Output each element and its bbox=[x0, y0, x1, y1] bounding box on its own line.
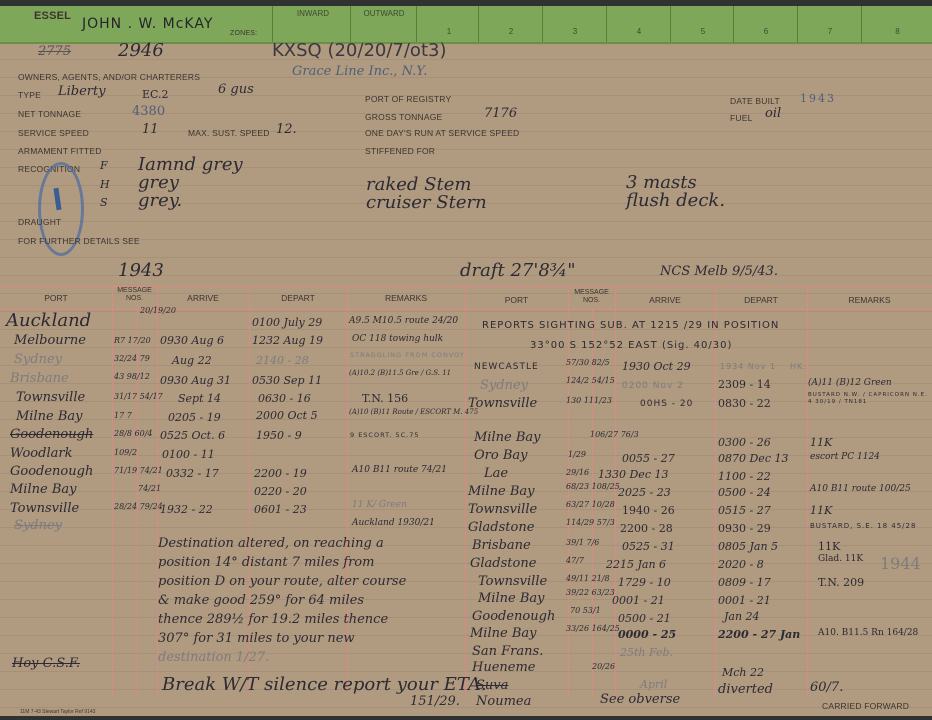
sub-report-line-2: 33°00 S 152°52 EAST (Sig. 40/30) bbox=[530, 340, 732, 351]
row-msg: R7 17/20 bbox=[114, 336, 151, 345]
row-arrive: 1330 Dec 13 bbox=[598, 468, 668, 481]
row-msg: 20/26 bbox=[592, 662, 615, 671]
owners-value: Grace Line Inc., N.Y. bbox=[292, 64, 427, 79]
gross-tonnage-label: GROSS TONNAGE bbox=[365, 112, 442, 122]
row-arrive: 0205 - 19 bbox=[168, 411, 221, 424]
zones-label: ZONES: bbox=[230, 30, 257, 37]
row-port: Suva bbox=[476, 678, 508, 693]
row-depart: 0930 - 29 bbox=[718, 522, 771, 535]
net-tonnage-value: 4380 bbox=[132, 104, 165, 119]
col-depart-left: DEPART bbox=[249, 293, 347, 303]
row-remarks: 11K bbox=[818, 540, 840, 553]
row-remarks: A9.5 M10.5 route 24/20 bbox=[349, 316, 458, 326]
row-depart: 2200 - 27 Jan bbox=[718, 628, 800, 641]
vessel-label: ESSEL bbox=[34, 10, 71, 22]
row-arrive: 25th Feb. bbox=[620, 646, 673, 659]
row-remarks: Glad. 11K bbox=[818, 554, 863, 564]
row-port: Auckland bbox=[6, 310, 91, 331]
row-msg: 49/11 21/8 bbox=[566, 574, 610, 583]
row-port: Townsville bbox=[478, 574, 547, 589]
row-remarks: STRAGGLING FROM CONVOY bbox=[350, 351, 465, 359]
row-msg: 39/22 63/23 bbox=[566, 588, 615, 597]
row-arrive: 1932 - 22 bbox=[160, 503, 213, 516]
row-arrive: 2025 - 23 bbox=[618, 486, 671, 499]
row-depart: 2020 - 8 bbox=[718, 558, 764, 571]
type-label: TYPE bbox=[18, 90, 41, 100]
col-divider bbox=[112, 286, 113, 696]
row-remarks: 11K bbox=[810, 436, 832, 449]
row-msg: 20/19/20 bbox=[140, 306, 176, 315]
row-msg: 106/27 76/3 bbox=[590, 430, 639, 439]
row-port: Woodlark bbox=[10, 446, 72, 461]
vessel-number: 2946 bbox=[118, 40, 164, 61]
row-remarks: escort PC 1124 bbox=[810, 452, 880, 462]
row-remarks: 60/7. bbox=[810, 680, 843, 695]
row-port: Milne Bay bbox=[10, 482, 76, 497]
ncs-note: NCS Melb 9/5/43. bbox=[660, 264, 778, 279]
row-port: Milne Bay bbox=[478, 591, 544, 606]
row-msg: 17 7 bbox=[114, 411, 132, 420]
row-msg: 28/24 79/24 bbox=[114, 502, 163, 511]
row-msg: 33/26 164/25 bbox=[566, 624, 620, 633]
col-remarks-right: REMARKS bbox=[807, 295, 932, 305]
row-depart: 0100 July 29 bbox=[252, 316, 322, 329]
row-msg: 43 98/12 bbox=[114, 372, 150, 381]
vessel-record-card: ESSEL JOHN . W. McKAY ZONES: INWARD OUTW… bbox=[0, 6, 932, 716]
zone-inward: INWARD bbox=[272, 6, 353, 42]
row-arrive: 0930 Aug 6 bbox=[160, 334, 224, 347]
row-arrive: 0930 Aug 31 bbox=[160, 374, 231, 387]
gross-tonnage-value: 7176 bbox=[484, 106, 517, 121]
row-port: Milne Bay bbox=[468, 484, 534, 499]
row-msg: 32/24 79 bbox=[114, 354, 150, 363]
type-note: 6 gus bbox=[218, 82, 254, 97]
row-depart: 2200 - 19 bbox=[254, 467, 307, 480]
sub-report-line-1: REPORTS SIGHTING SUB. AT 1215 /29 IN POS… bbox=[482, 320, 779, 331]
row-depart: 0001 - 21 bbox=[718, 594, 771, 607]
date-built-value: 1943 bbox=[800, 92, 836, 105]
row-port: Gladstone bbox=[468, 520, 534, 535]
row-msg: 28/8 60/4 bbox=[114, 429, 152, 438]
col-depart-right: DEPART bbox=[715, 295, 807, 305]
row-depart: 2309 - 14 bbox=[718, 378, 771, 391]
row-depart: Mch 22 bbox=[722, 666, 764, 679]
row-remarks: (A)10.2 (B)11.5 Gre / G.S. 11 bbox=[349, 369, 451, 377]
row-port: Noumea bbox=[476, 694, 531, 709]
row-depart: Jan 24 bbox=[724, 610, 760, 623]
row-arrive: 0525 Oct. 6 bbox=[160, 429, 225, 442]
zone-8: 8 bbox=[861, 6, 932, 42]
row-port: Brisbane bbox=[472, 538, 531, 553]
row-port: Townsville bbox=[468, 396, 537, 411]
masts-note-2: flush deck. bbox=[626, 190, 725, 211]
row-depart: 0809 - 17 bbox=[718, 576, 771, 589]
row-remarks: (A)11 (B)12 Green bbox=[808, 378, 892, 388]
fuel-value: oil bbox=[765, 106, 781, 121]
row-depart: 0830 - 22 bbox=[718, 397, 771, 410]
row-remarks: OC 118 towing hulk bbox=[352, 334, 443, 344]
stiffened-label: STIFFENED FOR bbox=[365, 146, 435, 156]
row-remarks: A10. B11.5 Rn 164/28 bbox=[818, 628, 918, 638]
row-remarks: 11K bbox=[810, 504, 832, 517]
row-remarks: Auckland 1930/21 bbox=[352, 518, 435, 528]
row-arrive: 1729 - 10 bbox=[618, 576, 671, 589]
row-msg: 47/7 bbox=[566, 556, 584, 565]
row-port: Oro Bay bbox=[474, 448, 527, 463]
instruction-line: Destination altered, on reaching a bbox=[158, 536, 384, 551]
row-depart: 0220 - 20 bbox=[254, 485, 307, 498]
row-arrive: Sept 14 bbox=[178, 392, 221, 405]
row-port: Townsville bbox=[468, 502, 537, 517]
row-depart: 1232 Aug 19 bbox=[252, 334, 323, 347]
row-port: Milne Bay bbox=[16, 409, 82, 424]
row-port: Milne Bay bbox=[474, 430, 540, 445]
row-remarks: A10 B11 route 100/25 bbox=[810, 484, 911, 494]
zone-6: 6 bbox=[733, 6, 798, 42]
old-number-struck: 2775 bbox=[38, 44, 71, 59]
col-arrive-right: ARRIVE bbox=[615, 295, 715, 305]
instruction-line: thence 289½ for 19.2 miles thence bbox=[158, 612, 388, 627]
row-msg: 1/29 bbox=[568, 450, 586, 459]
row-arrive: 0055 - 27 bbox=[622, 452, 675, 465]
zone-outward: OUTWARD bbox=[350, 6, 417, 42]
row-arrive: 0525 - 31 bbox=[622, 540, 675, 553]
log-year: 1943 bbox=[118, 260, 164, 281]
fuel-label: FUEL bbox=[730, 113, 753, 123]
row-depart: 0601 - 23 bbox=[254, 503, 307, 516]
max-speed-value: 12. bbox=[276, 122, 297, 137]
zone-5: 5 bbox=[670, 6, 735, 42]
recognition-key-s: S bbox=[100, 196, 108, 209]
col-remarks-left: REMARKS bbox=[347, 293, 465, 303]
row-arrive: 2215 Jan 6 bbox=[606, 558, 666, 571]
row-depart: 0500 - 24 bbox=[718, 486, 771, 499]
row-depart: 2000 Oct 5 bbox=[256, 409, 318, 422]
row-port: Sydney bbox=[14, 352, 62, 367]
row-msg: 109/2 bbox=[114, 448, 137, 457]
row-arrive: 0200 Nov 2 bbox=[622, 381, 684, 391]
row-msg: 70 53/1 bbox=[570, 606, 601, 615]
row-port: Milne Bay bbox=[470, 626, 536, 641]
port-registry-label: PORT OF REGISTRY bbox=[365, 94, 451, 104]
row-depart: 1100 - 22 bbox=[718, 470, 771, 483]
row-port: Goodenough bbox=[10, 427, 93, 442]
row-depart: 0870 Dec 13 bbox=[718, 452, 788, 465]
type-value: Liberty bbox=[58, 84, 106, 99]
type-class: EC.2 bbox=[142, 88, 169, 101]
owners-label: OWNERS, AGENTS, AND/OR CHARTERERS bbox=[18, 72, 200, 82]
row-msg: 68/23 108/25 bbox=[566, 482, 620, 491]
row-arrive: 0500 - 21 bbox=[618, 612, 671, 625]
row-arrive: 2200 - 28 bbox=[620, 522, 673, 535]
row-port: San Frans. bbox=[472, 644, 543, 659]
instruction-line: & make good 259° for 64 miles bbox=[158, 593, 364, 608]
call-sign: KXSQ (20/20/7/ot3) bbox=[272, 40, 446, 61]
zone-3: 3 bbox=[542, 6, 607, 42]
row-msg: 63/27 10/28 bbox=[566, 500, 615, 509]
recognition-key-f: F bbox=[100, 159, 108, 172]
col-port-right: PORT bbox=[465, 295, 568, 305]
stem-note-2: cruiser Stern bbox=[366, 192, 487, 213]
row-arrive: Aug 22 bbox=[172, 354, 212, 367]
row-depart: 0530 Sep 11 bbox=[252, 374, 322, 387]
row-remarks: 9 ESCORT. 5C.75 bbox=[350, 431, 419, 439]
row-remarks: T.N. 156 bbox=[362, 392, 408, 405]
row-port: Brisbane bbox=[10, 371, 69, 386]
row-port: Sydney bbox=[14, 518, 62, 533]
service-speed-label: SERVICE SPEED bbox=[18, 128, 89, 138]
row-port: Melbourne bbox=[14, 333, 86, 348]
zone-2: 2 bbox=[478, 6, 543, 42]
further-details-label: FOR FURTHER DETAILS SEE bbox=[18, 236, 140, 246]
row-arrive: 1930 Oct 29 bbox=[622, 360, 691, 373]
row-arrive: 0100 - 11 bbox=[162, 448, 215, 461]
zone-7: 7 bbox=[797, 6, 862, 42]
break-silence-ref: 151/29. bbox=[410, 694, 460, 709]
vessel-name: JOHN . W. McKAY bbox=[82, 16, 213, 32]
row-port: Townsville bbox=[16, 390, 85, 405]
carried-forward-label: CARRIED FORWARD bbox=[822, 701, 909, 711]
row-depart: 1950 - 9 bbox=[256, 429, 302, 442]
row-port: Hueneme bbox=[472, 660, 536, 675]
draught-label: DRAUGHT bbox=[18, 217, 61, 227]
row-remarks: 11 K/ Green bbox=[352, 500, 407, 510]
instruction-line: 307° for 31 miles to your new bbox=[158, 631, 355, 646]
row-msg: 29/16 bbox=[566, 468, 589, 477]
zone-1: 1 bbox=[416, 6, 481, 42]
zones-header-band: ESSEL JOHN . W. McKAY ZONES: INWARD OUTW… bbox=[0, 6, 932, 44]
row-depart: 0300 - 26 bbox=[718, 436, 771, 449]
break-silence-note: Break W/T silence report your ETA. bbox=[162, 674, 487, 695]
col-port-left: PORT bbox=[0, 293, 112, 303]
instruction-line: position D on your route, alter course bbox=[158, 574, 406, 589]
row-msg: 31/17 54/17 bbox=[114, 392, 163, 401]
row-arrive: 0001 - 21 bbox=[612, 594, 665, 607]
row-msg: 39/1 7/6 bbox=[566, 538, 599, 547]
row-depart: 2140 - 28 bbox=[256, 354, 309, 367]
row-port: Gladstone bbox=[470, 556, 536, 571]
row-remarks: HK. bbox=[790, 362, 807, 371]
row-msg: 74/21 bbox=[138, 484, 161, 493]
row-remarks: A10 B11 route 74/21 bbox=[352, 465, 447, 475]
row-arrive: See obverse bbox=[600, 692, 680, 707]
service-speed-value: 11 bbox=[142, 122, 159, 137]
row-msg: 114/29 57/3 bbox=[566, 518, 615, 527]
row-port: Goodenough bbox=[472, 609, 555, 624]
row-depart: 0515 - 27 bbox=[718, 504, 771, 517]
row-msg: 130 111/23 bbox=[566, 396, 612, 405]
col-msg-left: MESSAGE NOS. bbox=[112, 287, 157, 303]
row-port: Townsville bbox=[10, 501, 79, 516]
draft-note: draft 27'8¾" bbox=[460, 260, 576, 281]
col-arrive-left: ARRIVE bbox=[157, 293, 249, 303]
zone-4: 4 bbox=[606, 6, 671, 42]
date-built-label: DATE BUILT bbox=[730, 96, 780, 106]
row-port: Sydney bbox=[480, 378, 528, 393]
row-arrive: 1940 - 26 bbox=[622, 504, 675, 517]
struck-port-bottom: Hoy C.S.F. bbox=[12, 656, 80, 671]
row-remarks: (A)10 (B)11 Route / ESCORT M. 475 bbox=[349, 408, 478, 416]
row-arrive: 0332 - 17 bbox=[166, 467, 219, 480]
recognition-key-h: H bbox=[100, 178, 110, 191]
net-tonnage-label: NET TONNAGE bbox=[18, 109, 81, 119]
row-depart: 1934 Nov 1 bbox=[720, 362, 776, 371]
row-port: NEWCASTLE bbox=[474, 362, 539, 372]
row-arrive: April bbox=[640, 678, 667, 691]
col-msg-right: MESSAGE NOS. bbox=[568, 289, 615, 305]
row-msg: 124/2 54/15 bbox=[566, 376, 615, 385]
instruction-line: destination 1/27. bbox=[158, 650, 269, 665]
row-port: Goodenough bbox=[10, 464, 93, 479]
print-footer: 11M 7-43 Stewart Taylor Ref 9143 bbox=[20, 709, 95, 715]
row-arrive: 0000 - 25 bbox=[618, 628, 676, 641]
row-remarks: BUSTARD N.W. / CAPRICORN N.E. 4 30/19 / … bbox=[808, 392, 930, 406]
row-arrive: 00HS - 20 bbox=[640, 399, 693, 409]
max-speed-label: MAX. SUST. SPEED bbox=[188, 128, 270, 138]
row-msg: 57/30 82/5 bbox=[566, 358, 610, 367]
recognition-value-s: grey. bbox=[138, 190, 182, 211]
row-remarks: BUSTARD, S.E. 18 45/28 bbox=[810, 522, 916, 530]
col-divider bbox=[465, 286, 466, 696]
days-run-label: ONE DAY'S RUN AT SERVICE SPEED bbox=[365, 128, 519, 138]
row-depart: diverted bbox=[718, 682, 773, 697]
row-port: Lae bbox=[484, 466, 508, 481]
armament-label: ARMAMENT FITTED bbox=[18, 146, 102, 156]
instruction-line: position 14° distant 7 miles from bbox=[158, 555, 374, 570]
year-1944-note: 1944 bbox=[880, 554, 921, 573]
row-remarks: T.N. 209 bbox=[818, 576, 864, 589]
row-depart: 0805 Jan 5 bbox=[718, 540, 778, 553]
col-divider bbox=[807, 286, 808, 696]
row-msg: 71/19 74/21 bbox=[114, 466, 163, 475]
row-depart: 0630 - 16 bbox=[258, 392, 311, 405]
